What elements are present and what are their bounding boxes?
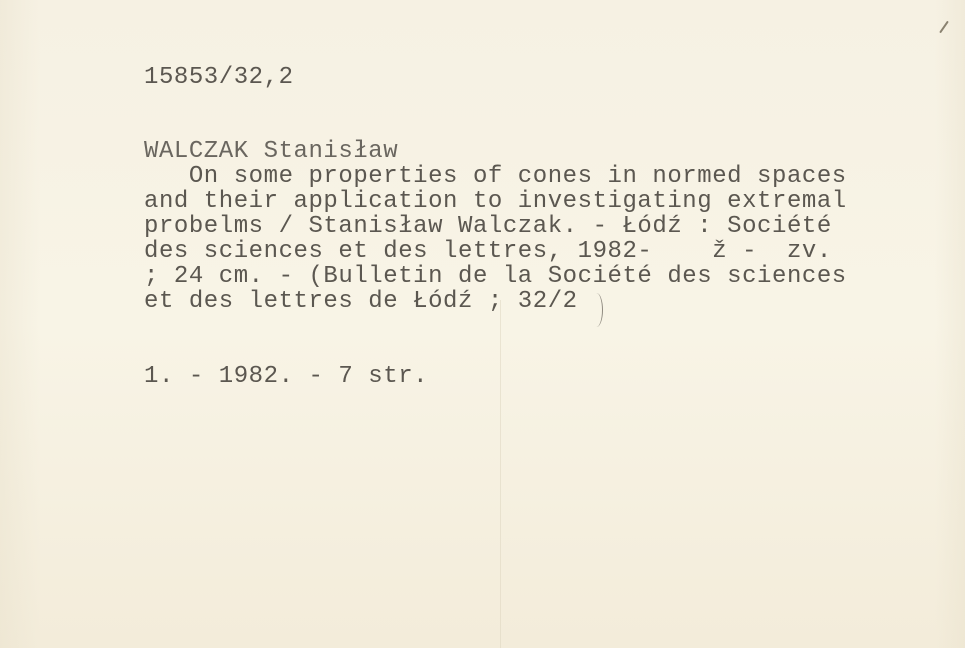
author-heading: WALCZAK Stanisław [144,140,398,164]
series-line: ; 24 cm. - (Bulletin de la Société des s… [144,265,847,289]
collation-line: 1. - 1982. - 7 str. [144,365,428,389]
title-line: and their application to investigating e… [144,190,847,214]
paper-crease [500,300,501,648]
title-line: probelms / Stanisław Walczak. - Łódź : S… [144,215,832,239]
catalog-card: 15853/32,2 WALCZAK Stanisław On some pro… [0,0,965,648]
pencil-tick-mark [939,21,949,34]
publication-line: des sciences et des lettres, 1982- ž - z… [144,240,832,264]
handwritten-paren-mark [590,293,603,327]
call-number: 15853/32,2 [144,66,294,90]
series-line: et des lettres de Łódź ; 32/2 [144,290,578,314]
title-line: On some properties of cones in normed sp… [144,165,847,189]
